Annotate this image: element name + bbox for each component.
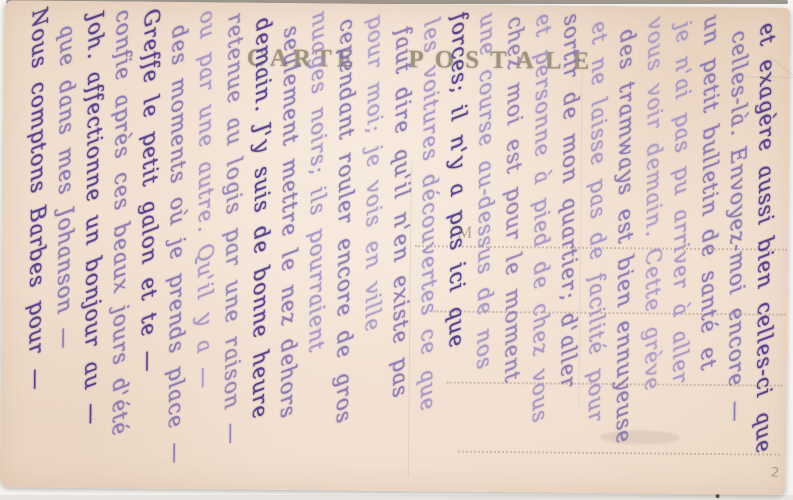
handwriting-line: ou par une autre. Qu'il y a — [188, 3, 221, 484]
handwriting-line: demain. J'y suis de bonne heure [244, 3, 277, 484]
handwriting-line: seulement mettre le nez dehors [272, 3, 305, 484]
handwriting-line: que dans mes Johanson — [48, 1, 81, 482]
handwriting-line: pour moi; je vois en ville [356, 4, 389, 485]
handwriting-line: chez moi est pour le moment [496, 6, 529, 487]
handwriting-line: une course au-dessus de nos [468, 5, 501, 486]
scan-bottom-margin [0, 495, 793, 500]
handwriting-line: Nous comptons Barbes pour — [20, 1, 53, 482]
handwriting-line: et exagère aussi bien celles-ci que [748, 8, 781, 489]
handwriting-line: je n'ai pas pu arriver à aller [664, 7, 697, 488]
handwriting-line: retenue au logis par une raison — [216, 3, 249, 484]
handwriting-line: et personne à pied de chez vous [524, 6, 557, 487]
handwriting-line: cependant rouler encore de gros [328, 4, 361, 485]
handwriting-line: vous voir demain. Cette grève [636, 7, 669, 488]
handwriting-line: forces; il n'y a pas ici que [440, 5, 473, 486]
handwriting-line: et ne laisse pas de facilité pour [580, 6, 613, 487]
handwriting-line: confie après ces beaux jours d'été [104, 2, 137, 483]
handwriting-line: un petit bulletin de santé et [692, 7, 725, 488]
handwriting-line: celles-là. Envoyez-moi encore — [720, 8, 753, 489]
handwriting-line: sortir de mon quartier; d'aller [552, 6, 585, 487]
postcard-back: CARTE POSTALE M 2 et exagère aussi bien … [0, 0, 790, 495]
handwritten-message: et exagère aussi bien celles-ci que cell… [20, 17, 780, 489]
handwriting-line: nuages noirs; ils pourraient [300, 4, 333, 485]
handwriting-line: faut dire qu'il n'en existe pas [384, 5, 417, 486]
handwriting-line: des tramways est bien ennuyeuse [608, 7, 641, 488]
handwriting-line: Greffe le petit galon et te — [132, 2, 165, 483]
handwriting-line: des moments où je prends place — [160, 2, 193, 483]
handwriting-line: Joh. affectionne un bonjour au — [76, 2, 109, 483]
handwriting-line: les voitures découvertes ce que [412, 5, 445, 486]
ink-speck [716, 494, 720, 498]
